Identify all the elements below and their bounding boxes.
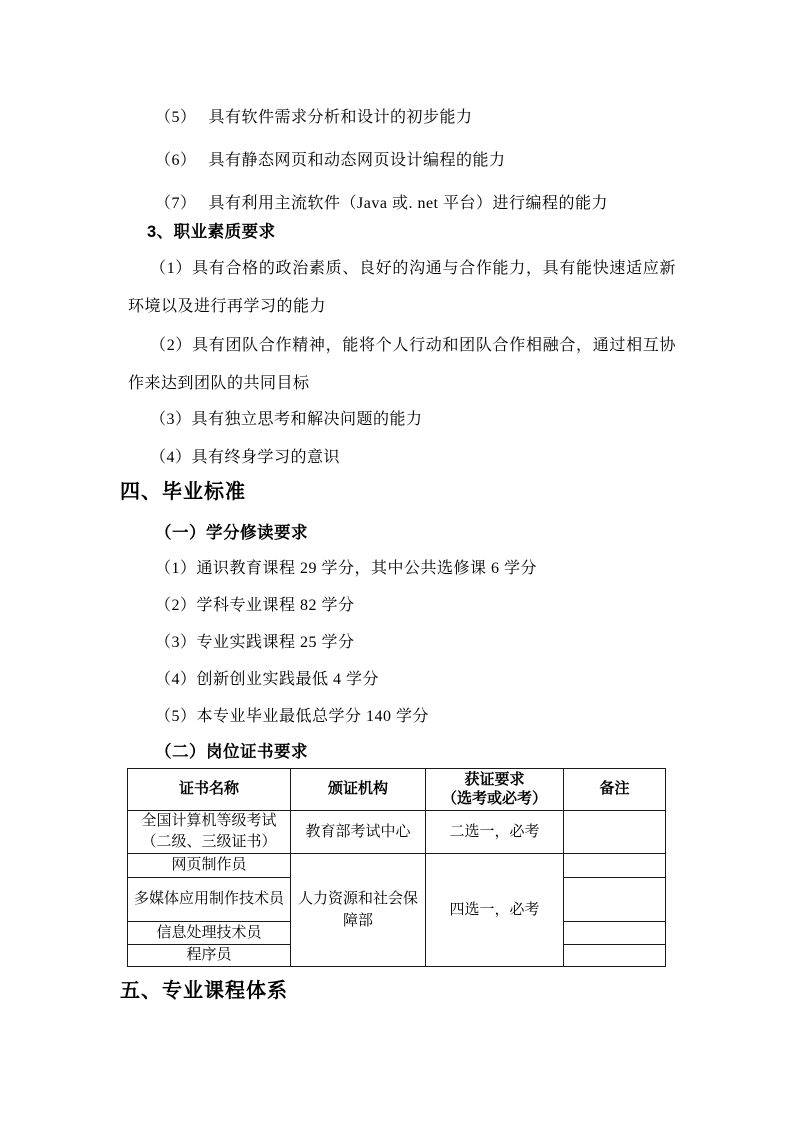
certificate-table: 证书名称 颁证机构 获证要求 （选考或必考） 备注 全国计算机等级考试（二级、三… <box>127 768 666 967</box>
list-item-text: 具有利用主流软件（Java 或. net 平台）进行编程的能力 <box>209 195 608 212</box>
table-header-row: 证书名称 颁证机构 获证要求 （选考或必考） 备注 <box>128 769 666 811</box>
quality-paragraph-2: （2）具有团队合作精神，能将个人行动和团队合作相融合，通过相互协作来达到团队的共… <box>128 327 676 403</box>
certificate-requirements-heading: （二）岗位证书要求 <box>155 741 308 763</box>
cell-remark <box>564 854 666 878</box>
list-item-ability-7: （7）具有利用主流软件（Java 或. net 平台）进行编程的能力 <box>155 194 608 214</box>
cell-certificate-name: 程序员 <box>128 945 291 967</box>
cell-certificate-name: 全国计算机等级考试（二级、三级证书） <box>128 811 291 854</box>
header-requirement: 获证要求 （选考或必考） <box>426 769 564 811</box>
cell-certificate-name: 多媒体应用制作技术员 <box>128 878 291 922</box>
document-page: （5）具有软件需求分析和设计的初步能力 （6）具有静态网页和动态网页设计编程的能… <box>0 0 793 1122</box>
list-item-ability-5: （5）具有软件需求分析和设计的初步能力 <box>155 108 473 128</box>
list-item-number: （5） <box>155 109 197 126</box>
header-issuer: 颁证机构 <box>291 769 426 811</box>
cell-requirement-merged: 四选一，必考 <box>426 854 564 967</box>
list-item-number: （6） <box>155 152 197 169</box>
credit-item-1: （1）通识教育课程 29 学分，其中公共选修课 6 学分 <box>155 559 537 579</box>
graduation-section-heading: 四、毕业标准 <box>120 480 246 504</box>
header-requirement-line2: （选考或必考） <box>428 790 561 809</box>
certificate-table-wrapper: 证书名称 颁证机构 获证要求 （选考或必考） 备注 全国计算机等级考试（二级、三… <box>127 768 666 967</box>
cell-issuer: 教育部考试中心 <box>291 811 426 854</box>
header-remark: 备注 <box>564 769 666 811</box>
quality-paragraph-3: （3）具有独立思考和解决问题的能力 <box>128 401 676 439</box>
cell-remark <box>564 922 666 945</box>
cell-certificate-name: 信息处理技术员 <box>128 922 291 945</box>
table-row: 全国计算机等级考试（二级、三级证书） 教育部考试中心 二选一，必考 <box>128 811 666 854</box>
list-item-number: （7） <box>155 195 197 212</box>
cell-certificate-name: 网页制作员 <box>128 854 291 878</box>
quality-section-heading: 3、职业素质要求 <box>147 221 276 243</box>
quality-paragraph-4: （4）具有终身学习的意识 <box>128 439 676 477</box>
credit-item-2: （2）学科专业课程 82 学分 <box>155 596 355 616</box>
cell-remark <box>564 811 666 854</box>
course-system-heading: 五、专业课程体系 <box>120 979 288 1003</box>
list-item-text: 具有静态网页和动态网页设计编程的能力 <box>209 152 506 169</box>
credit-item-4: （4）创新创业实践最低 4 学分 <box>155 670 379 690</box>
credit-requirements-heading: （一）学分修读要求 <box>155 522 308 544</box>
header-requirement-line1: 获证要求 <box>428 771 561 790</box>
list-item-text: 具有软件需求分析和设计的初步能力 <box>209 109 473 126</box>
list-item-ability-6: （6）具有静态网页和动态网页设计编程的能力 <box>155 151 506 171</box>
cell-issuer-merged: 人力资源和社会保障部 <box>291 854 426 967</box>
cell-remark <box>564 945 666 967</box>
credit-item-3: （3）专业实践课程 25 学分 <box>155 633 355 653</box>
table-row: 网页制作员 人力资源和社会保障部 四选一，必考 <box>128 854 666 878</box>
cell-requirement: 二选一，必考 <box>426 811 564 854</box>
quality-paragraph-1: （1）具有合格的政治素质、良好的沟通与合作能力，具有能快速适应新环境以及进行再学… <box>128 250 676 326</box>
credit-item-5: （5）本专业毕业最低总学分 140 学分 <box>155 707 429 727</box>
header-certificate-name: 证书名称 <box>128 769 291 811</box>
cell-remark <box>564 878 666 922</box>
